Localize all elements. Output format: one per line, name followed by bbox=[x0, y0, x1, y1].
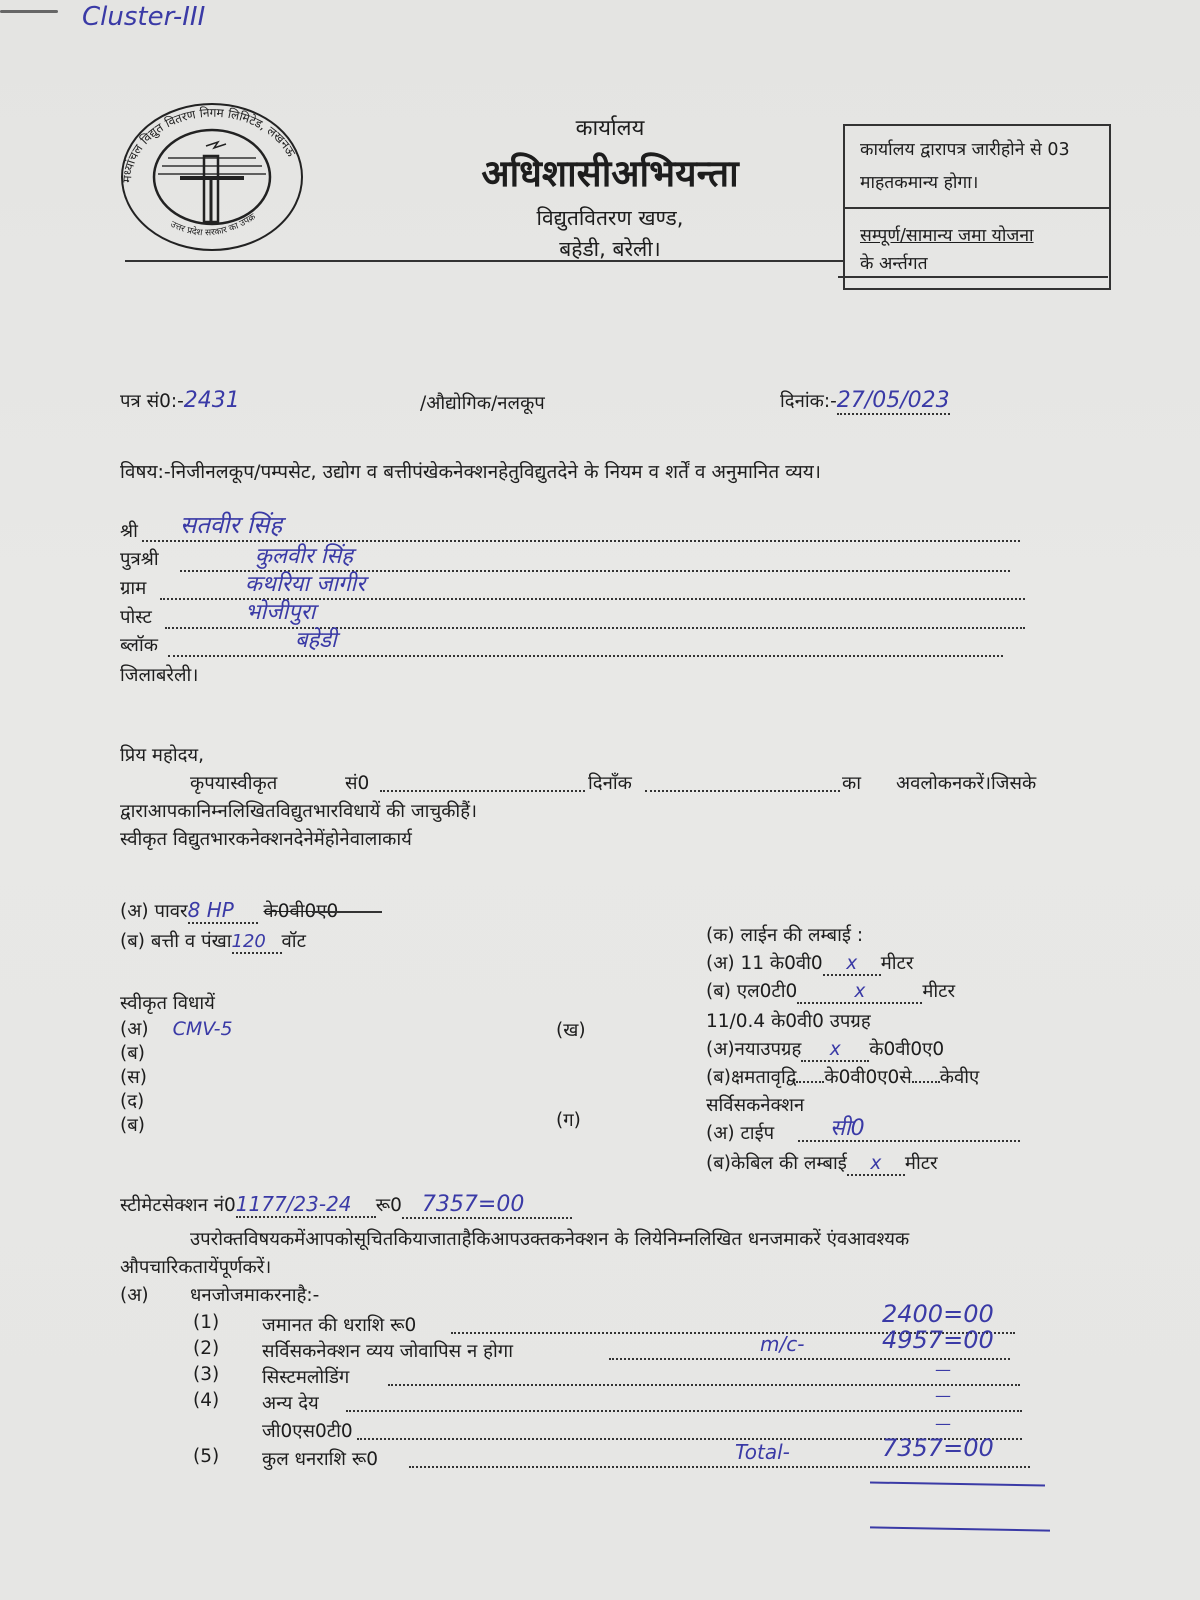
power-label: (अ) पावर bbox=[120, 901, 188, 922]
para1-no-label: सं0 bbox=[345, 770, 369, 795]
power-value: 8 HP bbox=[188, 898, 258, 924]
line-lt-value: x bbox=[797, 981, 922, 1004]
line-11kv-value: x bbox=[823, 953, 881, 976]
estimate-number: 1177/23-24 bbox=[236, 1192, 376, 1218]
deposit-item-label: जमानत की धराशि रू0 bbox=[262, 1312, 416, 1337]
approved-item: (ब) bbox=[120, 1040, 145, 1065]
deposit-item-label: कुल धनराशि रू0 bbox=[262, 1446, 378, 1471]
light-load: (ब) बत्ती व पंखा120वॉट bbox=[120, 928, 306, 954]
total-underline bbox=[870, 1526, 1050, 1531]
ref-value: 2431 bbox=[184, 388, 240, 413]
approval-date-line bbox=[645, 790, 840, 792]
scheme-strike-line bbox=[838, 276, 1108, 278]
power-unit-strike bbox=[312, 911, 382, 913]
light-unit: वॉट bbox=[282, 931, 306, 952]
cable-length-value: x bbox=[847, 1153, 905, 1176]
letter-category: /औद्योगिक/नलकूप bbox=[420, 390, 545, 415]
deposit-intro-1: उपरोक्तविषयकमेंआपकोसूचितकियाजाताहैकिआपउक… bbox=[190, 1226, 909, 1251]
approval-no-line bbox=[380, 790, 585, 792]
deposit-item-number: (3) bbox=[193, 1364, 219, 1385]
line-lt-unit: मीटर bbox=[922, 981, 955, 1002]
letter-subject: विषय:-निजीनलकूप/पम्पसेट, उद्योग व बत्तीप… bbox=[120, 458, 821, 484]
date-value: 27/05/023 bbox=[837, 388, 950, 415]
light-label: (ब) बत्ती व पंखा bbox=[120, 931, 232, 952]
para1-line2: द्वाराआपकानिम्नलिखितविद्युतभारविधायें की… bbox=[120, 798, 477, 823]
letter-date: दिनांक:-27/05/023 bbox=[780, 388, 950, 415]
block-label: ब्लॉक bbox=[120, 635, 158, 656]
estimate-label: स्टीमेटसेक्शन नं0 bbox=[120, 1195, 236, 1216]
post-line bbox=[165, 627, 1025, 629]
electric-pole-logo-icon: मध्यांचल विद्युत वितरण निगम लिमिटेड, लखन… bbox=[110, 98, 315, 256]
office-label: कार्यालय bbox=[440, 112, 780, 142]
division-name: विद्युतवितरण खण्ड, bbox=[440, 204, 780, 232]
cable-length-label: (ब)केबिल की लम्बाई bbox=[706, 1153, 847, 1174]
estimate-rs-label: रू0 bbox=[376, 1195, 402, 1216]
deposit-item-number: (1) bbox=[193, 1312, 219, 1333]
deposit-item-note: m/c- bbox=[760, 1332, 804, 1356]
line-length-heading: (क) लाईन की लम्बाई : bbox=[706, 922, 863, 947]
approved-item-mark: (ब) bbox=[120, 1115, 145, 1136]
scheme-note: सम्पूर्ण/सामान्य जमा योजना के अर्न्तगत bbox=[860, 222, 1105, 278]
cable-length: (ब)केबिल की लम्बाईxमीटर bbox=[706, 1150, 938, 1176]
salutation: प्रिय महोदय, bbox=[120, 742, 204, 767]
village-label: ग्राम bbox=[120, 578, 146, 599]
village-value: कथरिया जागीर bbox=[245, 568, 365, 598]
para1-c: अवलोकनकरें।जिसके bbox=[896, 770, 1036, 795]
post-value: भोजीपुरा bbox=[245, 596, 315, 626]
new-substation: (अ)नयाउपग्रहxके0वी0ए0 bbox=[706, 1036, 944, 1062]
addressee-name: श्री bbox=[120, 518, 138, 543]
cable-length-unit: मीटर bbox=[905, 1153, 938, 1174]
ref-label: पत्र सं0:- bbox=[120, 391, 184, 412]
scheme-suffix: के अर्न्तगत bbox=[860, 254, 928, 274]
scheme-text: सम्पूर्ण/सामान्य जमा योजना bbox=[860, 226, 1034, 246]
line-lt-label: (ब) एल0टी0 bbox=[706, 981, 797, 1002]
total-overline bbox=[870, 1481, 1045, 1486]
father-value: कुलवीर सिंह bbox=[255, 540, 353, 570]
deposit-item-note: Total- bbox=[735, 1440, 790, 1464]
deposit-item-value: 7357=00 bbox=[882, 1434, 994, 1462]
name-value: सतवीर सिंह bbox=[180, 508, 282, 541]
para1-ka: का bbox=[842, 770, 861, 795]
approved-item: (ब) bbox=[120, 1112, 145, 1137]
power-load: (अ) पावर8 HP के0वी0ए0 bbox=[120, 898, 338, 924]
office-title: अधिशासीअभियन्ता bbox=[420, 146, 800, 197]
deposit-intro-2: औपचारिकतायेंपूर्णकरें। bbox=[120, 1254, 271, 1279]
deposit-item-label: सिस्टमलोडिंग bbox=[262, 1364, 349, 1389]
division-location: बहेडी, बरेली। bbox=[440, 235, 780, 263]
deposit-item-label: अन्य देय bbox=[262, 1390, 319, 1415]
deposit-item-number: (4) bbox=[193, 1390, 219, 1411]
deposit-item-value: 4957=00 bbox=[882, 1326, 994, 1354]
district: जिलाबरेली। bbox=[120, 662, 198, 687]
line-lt: (ब) एल0टी0xमीटर bbox=[706, 978, 955, 1004]
deposit-item-line bbox=[388, 1384, 1020, 1386]
deposit-section-heading: धनजोजमाकरनाहै:- bbox=[190, 1282, 319, 1307]
approved-item-mark: (स) bbox=[120, 1067, 147, 1088]
line-11kv-label: (अ) 11 के0वी0 bbox=[706, 953, 823, 974]
substation-heading: 11/0.4 के0वी0 उपग्रह bbox=[706, 1008, 871, 1033]
block: ब्लॉक bbox=[120, 632, 158, 657]
shri-label: श्री bbox=[120, 521, 138, 542]
father-label: पुत्रश्री bbox=[120, 549, 159, 570]
validity-note: कार्यालय द्वारापत्र जारीहोने से 03 माहतक… bbox=[860, 134, 1105, 200]
para1-a: कृपयास्वीकृत bbox=[190, 770, 277, 795]
header-divider bbox=[125, 260, 845, 262]
deposit-item-value: — bbox=[935, 1414, 951, 1433]
deposit-item-label: जी0एस0टी0 bbox=[262, 1418, 353, 1443]
new-substation-value: x bbox=[801, 1039, 869, 1062]
new-substation-label: (अ)नयाउपग्रह bbox=[706, 1039, 801, 1060]
deposit-item-value: — bbox=[935, 1386, 951, 1405]
post-label: पोस्ट bbox=[120, 607, 152, 628]
capacity-label: (ब)क्षमतावृद्वि bbox=[706, 1067, 796, 1088]
deposit-section-mark: (अ) bbox=[120, 1282, 149, 1307]
line-11kv: (अ) 11 के0वी0xमीटर bbox=[706, 950, 913, 976]
service-type-value: सी0 bbox=[830, 1112, 865, 1142]
capacity-increase: (ब)क्षमतावृद्विके0वी0ए0सेकेवीए bbox=[706, 1064, 979, 1089]
service-type: (अ) टाईप bbox=[706, 1120, 774, 1145]
deposit-item-label: सर्विसकनेक्शन व्यय जोवापिस न होगा bbox=[262, 1338, 513, 1363]
para1-line3: स्वीकृत विद्युतभारकनेक्शनदेनेमेंहोनेवाला… bbox=[120, 826, 412, 851]
capacity-mid: के0वी0ए0से bbox=[824, 1067, 911, 1088]
estimate-amount: 7357=00 bbox=[402, 1192, 572, 1219]
approved-item: (स) bbox=[120, 1064, 147, 1089]
deposit-item-line bbox=[409, 1466, 1030, 1468]
approved-item-mark: (ब) bbox=[120, 1043, 145, 1064]
margin-mark bbox=[0, 10, 58, 13]
deposit-item-value: 2400=00 bbox=[882, 1300, 994, 1328]
approved-item-mark: (अ) bbox=[120, 1019, 149, 1040]
approved-item: (द) bbox=[120, 1088, 144, 1113]
deposit-item-line bbox=[346, 1410, 1022, 1412]
date-label: दिनांक:- bbox=[780, 391, 837, 412]
light-value: 120 bbox=[232, 931, 282, 954]
capacity-unit: केवीए bbox=[940, 1067, 980, 1088]
approved-item-value: CMV-5 bbox=[173, 1018, 233, 1040]
deposit-item-number: (5) bbox=[193, 1446, 219, 1467]
block-value: बहेडी bbox=[295, 624, 337, 654]
ref-number: पत्र सं0:-2431 bbox=[120, 388, 240, 413]
approved-item: (अ)CMV-5 bbox=[120, 1016, 233, 1041]
block-line bbox=[168, 655, 1003, 657]
service-type-label: (अ) टाईप bbox=[706, 1123, 774, 1144]
new-substation-unit: के0वी0ए0 bbox=[869, 1039, 944, 1060]
line-11kv-unit: मीटर bbox=[881, 953, 914, 974]
estimate-line: स्टीमेटसेक्शन नं01177/23-24रू07357=00 bbox=[120, 1192, 572, 1219]
approved-heading: स्वीकृत विधायें bbox=[120, 990, 215, 1015]
cluster-annotation: Cluster-III bbox=[82, 2, 205, 32]
post: पोस्ट bbox=[120, 604, 152, 629]
deposit-item-number: (2) bbox=[193, 1338, 219, 1359]
notice-box-divider bbox=[843, 207, 1111, 209]
section-g-mark: (ग) bbox=[556, 1107, 581, 1132]
discom-logo: मध्यांचल विद्युत वितरण निगम लिमिटेड, लखन… bbox=[110, 98, 315, 256]
village: ग्राम bbox=[120, 575, 146, 600]
section-kh-mark: (ख) bbox=[556, 1017, 586, 1042]
approved-item-mark: (द) bbox=[120, 1091, 144, 1112]
service-connection-heading: सर्विसकनेक्शन bbox=[706, 1092, 804, 1117]
para1-date-label: दिनाँक bbox=[588, 770, 632, 795]
father-name: पुत्रश्री bbox=[120, 546, 159, 571]
deposit-item-value: — bbox=[935, 1360, 951, 1379]
